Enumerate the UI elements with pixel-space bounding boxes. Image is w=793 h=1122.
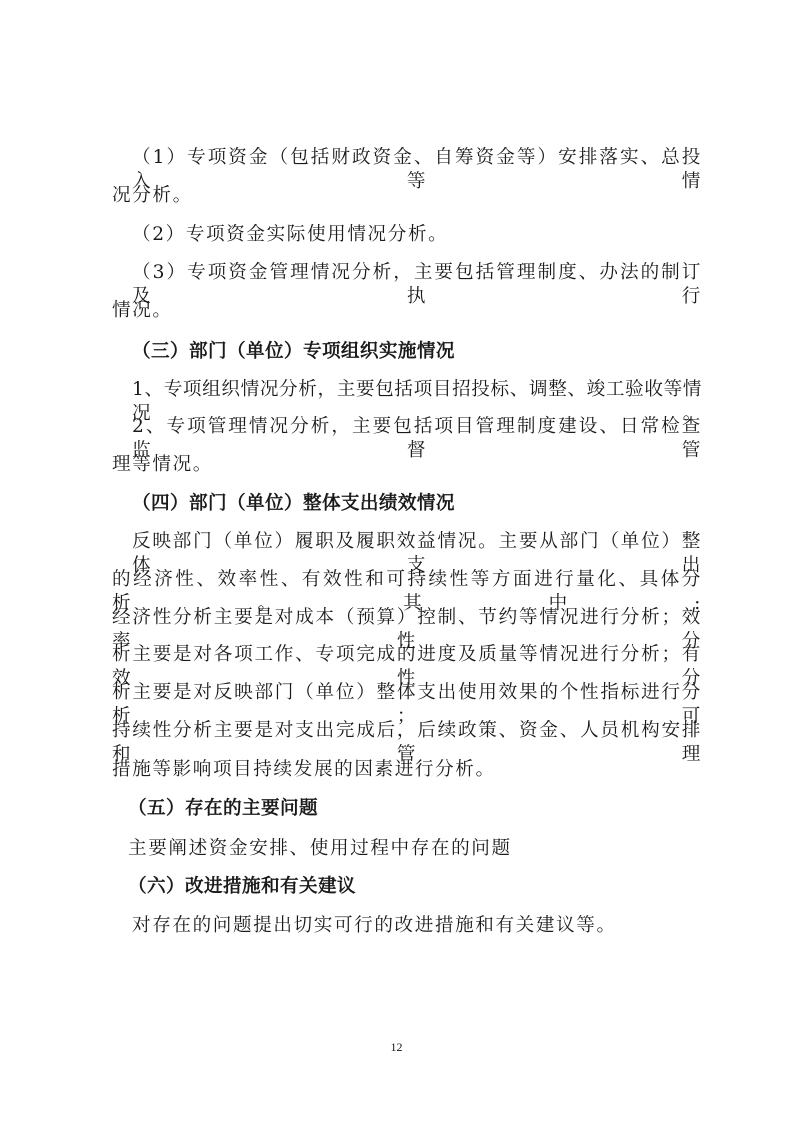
page-number: 12: [0, 1040, 793, 1055]
paragraph-line-5: 情况。: [112, 299, 702, 323]
section-heading-3: （三）部门（单位）专项组织实施情况: [132, 340, 722, 364]
section-heading-5: （五）存在的主要问题: [128, 797, 718, 821]
section-heading-6: （六）改进措施和有关建议: [128, 875, 718, 899]
section-heading-4: （四）部门（单位）整体支出绩效情况: [132, 492, 722, 516]
paragraph-line-9: 理等情况。: [112, 453, 702, 477]
paragraph-line-21: 对存在的问题提出切实可行的改进措施和有关建议等。: [132, 914, 722, 938]
paragraph-line-2: 况分析。: [112, 184, 702, 208]
paragraph-line-19: 主要阐述资金安排、使用过程中存在的问题: [128, 837, 718, 861]
paragraph-line-17: 措施等影响项目持续发展的因素进行分析。: [112, 758, 702, 782]
paragraph-line-3: （2）专项资金实际使用情况分析。: [132, 223, 722, 247]
